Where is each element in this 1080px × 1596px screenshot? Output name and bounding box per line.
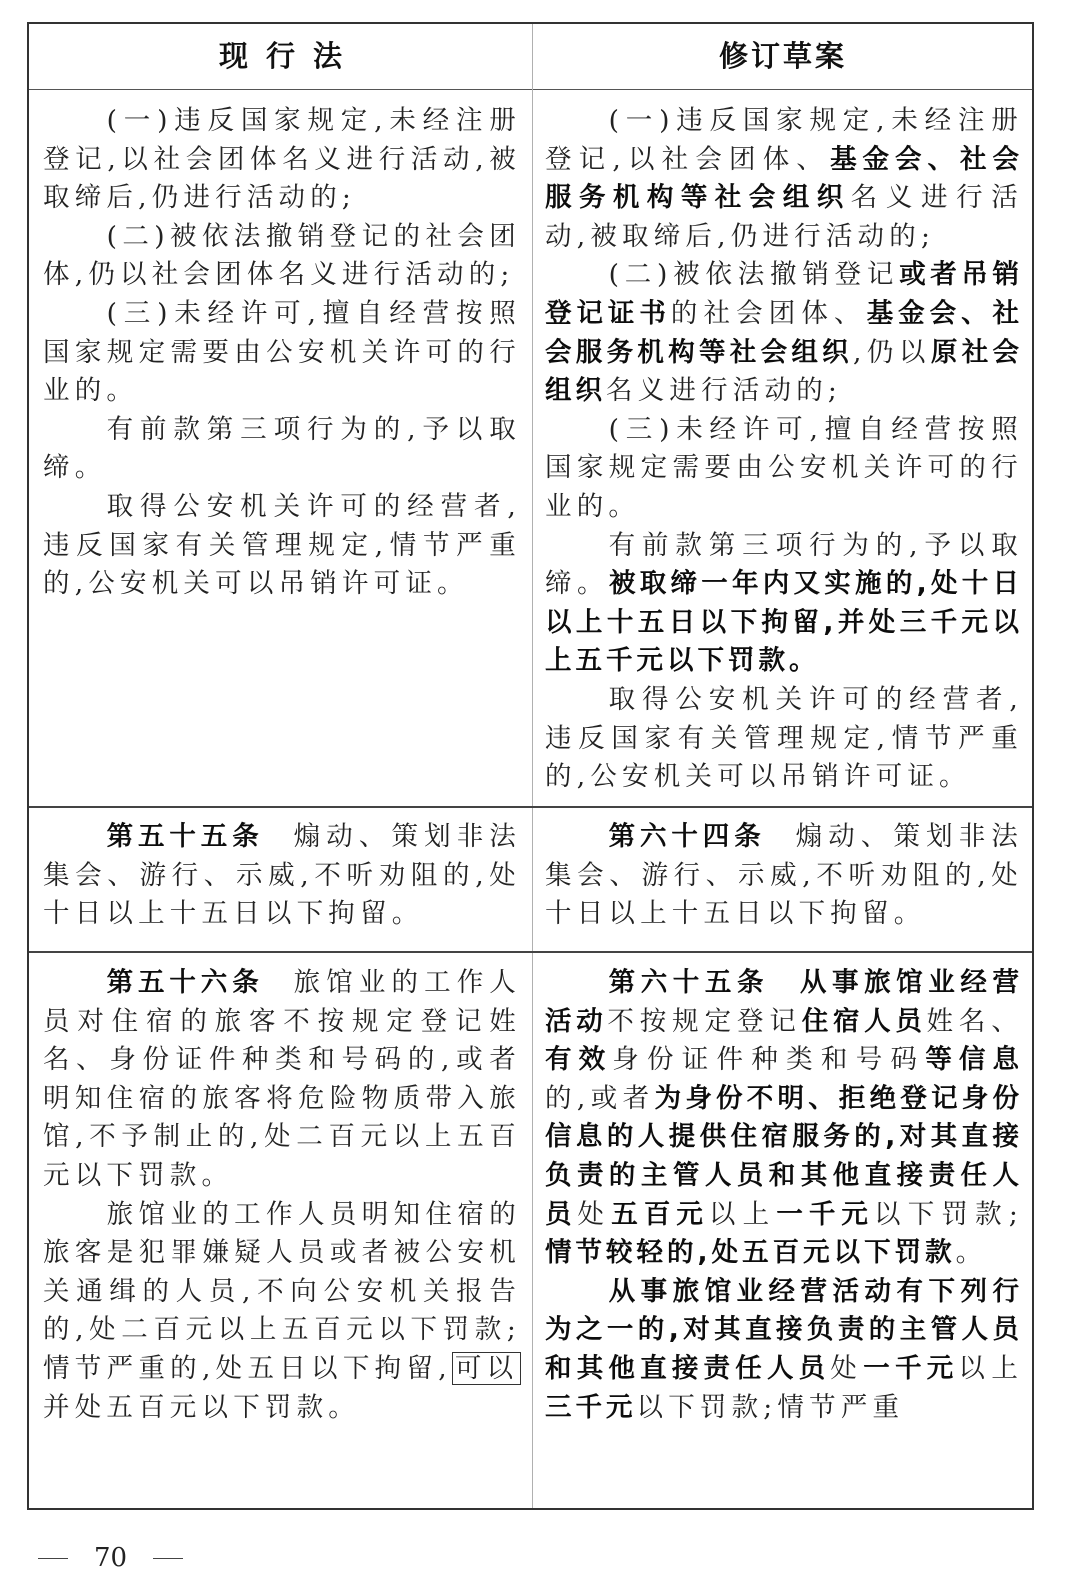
amended-text: 情节较轻的,处五百元以下罚款	[545, 1237, 956, 1268]
row-divider-2	[29, 951, 1032, 953]
paragraph: 有前款第三项行为的,予以取缔。被取缔一年内又实施的,处十日以上十五日以下拘留,并…	[545, 527, 1023, 681]
paragraph: (二)被依法撤销登记或者吊销登记证书的社会团体、基金会、社会服务机构等社会组织,…	[545, 256, 1023, 410]
comparison-table: 现行法 修订草案 (一)违反国家规定,未经注册登记,以社会团体名义进行活动,被取…	[27, 22, 1034, 1510]
amended-text: 五百元	[611, 1199, 709, 1230]
original-text: 以上	[958, 1353, 1023, 1384]
original-text: 以上	[709, 1199, 776, 1230]
paragraph: 第六十五条从事旅馆业经营活动不按规定登记住宿人员姓名、有效身份证件种类和号码等信…	[545, 964, 1023, 1273]
amended-text: 一千元	[863, 1353, 958, 1384]
original-text: 不按规定登记	[607, 1006, 801, 1037]
page-number-text: 70	[94, 1543, 127, 1573]
header-revised-draft: 修订草案	[532, 24, 1034, 88]
paragraph: 从事旅馆业经营活动有下列行为之一的,对其直接负责的主管人员和其他直接责任人员处一…	[545, 1273, 1023, 1427]
original-text: 取得公安机关许可的经营者,违反国家有关管理规定,情节严重的,公安机关可以吊销许可…	[43, 491, 521, 599]
original-text: (二)被依法撤销登记的社会团体,仍以社会团体名义进行活动的;	[43, 221, 521, 291]
dash-left	[38, 1558, 68, 1559]
paragraph-text: 并处五百元以下罚款。	[43, 1392, 360, 1423]
article-number: 第六十五条	[609, 967, 770, 998]
row3-revised-article: 第六十五条从事旅馆业经营活动不按规定登记住宿人员姓名、有效身份证件种类和号码等信…	[545, 964, 1023, 1427]
paragraph: (三)未经许可,擅自经营按照国家规定需要由公安机关许可的行业的。	[43, 295, 521, 411]
amended-text: 一千元	[776, 1199, 874, 1230]
original-text: 的,或者	[545, 1083, 655, 1114]
row2-current-law-cell: 第五十五条煽动、策划非法集会、游行、示威,不听劝阻的,处十日以上十五日以下拘留。	[43, 818, 521, 934]
original-text: (三)未经许可,擅自经营按照国家规定需要由公安机关许可的行业的。	[545, 414, 1023, 522]
paragraph: 取得公安机关许可的经营者,违反国家有关管理规定,情节严重的,公安机关可以吊销许可…	[545, 681, 1023, 797]
amended-text: 等信息	[925, 1044, 1023, 1075]
header-current-law: 现行法	[29, 24, 532, 88]
paragraph: (一)违反国家规定,未经注册登记,以社会团体名义进行活动,被取缔后,仍进行活动的…	[43, 102, 521, 218]
row3-revised-draft-cell: 第六十五条从事旅馆业经营活动不按规定登记住宿人员姓名、有效身份证件种类和号码等信…	[545, 964, 1023, 1427]
original-text: 名义进行活动的;	[606, 375, 842, 406]
original-text: 处	[578, 1199, 612, 1230]
original-text: 。	[956, 1237, 988, 1268]
paragraph: (二)被依法撤销登记的社会团体,仍以社会团体名义进行活动的;	[43, 218, 521, 295]
original-text: (二)被依法撤销登记	[609, 259, 900, 290]
row2-revised-draft-cell: 第六十四条煽动、策划非法集会、游行、示威,不听劝阻的,处十日以上十五日以下拘留。	[545, 818, 1023, 934]
original-text: (三)未经许可,擅自经营按照国家规定需要由公安机关许可的行业的。	[43, 298, 521, 406]
column-divider	[532, 24, 533, 1508]
original-text: (一)违反国家规定,未经注册登记,以社会团体名义进行活动,被取缔后,仍进行活动的…	[43, 105, 521, 213]
article-number: 第五十五条	[107, 821, 264, 852]
paragraph: 取得公安机关许可的经营者,违反国家有关管理规定,情节严重的,公安机关可以吊销许可…	[43, 488, 521, 604]
original-text: 有前款第三项行为的,予以取缔。	[43, 414, 521, 484]
amended-text: 三千元	[545, 1392, 637, 1423]
amended-text: 住宿人员	[802, 1006, 927, 1037]
original-text: 的社会团体、	[671, 298, 867, 329]
row-divider-1	[29, 806, 1032, 808]
row3-current-law-cell: 第五十六条旅馆业的工作人员对住宿的旅客不按规定登记姓名、身份证件种类和号码的,或…	[43, 964, 521, 1427]
amended-text: 被取缔一年内又实施的,处十日以上十五日以下拘留,并处三千元以上五千元以下罚款。	[545, 568, 1023, 676]
article-number: 第六十四条	[609, 821, 766, 852]
paragraph: (三)未经许可,擅自经营按照国家规定需要由公安机关许可的行业的。	[545, 411, 1023, 527]
article-number: 第五十六条	[107, 967, 264, 998]
dash-right	[153, 1558, 183, 1559]
original-text: ,仍以	[853, 337, 931, 368]
original-text: 姓名、	[927, 1006, 1023, 1037]
paragraph-text: 旅馆业的工作人员明知住宿的旅客是犯罪嫌疑人员或者被公安机关通缉的人员,不向公安机…	[43, 1199, 521, 1384]
original-text: 以下罚款;	[874, 1199, 1023, 1230]
original-text: 以下罚款;情节严重	[637, 1392, 905, 1423]
row1-revised-draft-cell: (一)违反国家规定,未经注册登记,以社会团体、基金会、社会服务机构等社会组织名义…	[545, 102, 1023, 797]
original-text: 处	[830, 1353, 863, 1384]
amended-text: 有效	[545, 1044, 612, 1075]
paragraph: (一)违反国家规定,未经注册登记,以社会团体、基金会、社会服务机构等社会组织名义…	[545, 102, 1023, 256]
original-text: 取得公安机关许可的经营者,违反国家有关管理规定,情节严重的,公安机关可以吊销许可…	[545, 684, 1023, 792]
article-text: 旅馆业的工作人员对住宿的旅客不按规定登记姓名、身份证件种类和号码的,或者明知住宿…	[43, 967, 521, 1191]
row1-current-law-cell: (一)违反国家规定,未经注册登记,以社会团体名义进行活动,被取缔后,仍进行活动的…	[43, 102, 521, 604]
page-number: 70	[38, 1538, 183, 1578]
boxed-deleted-text: 可以	[452, 1352, 521, 1385]
table-header-row: 现行法 修订草案	[29, 24, 1032, 90]
paragraph: 有前款第三项行为的,予以取缔。	[43, 411, 521, 488]
original-text: 身份证件种类和号码	[612, 1044, 925, 1075]
